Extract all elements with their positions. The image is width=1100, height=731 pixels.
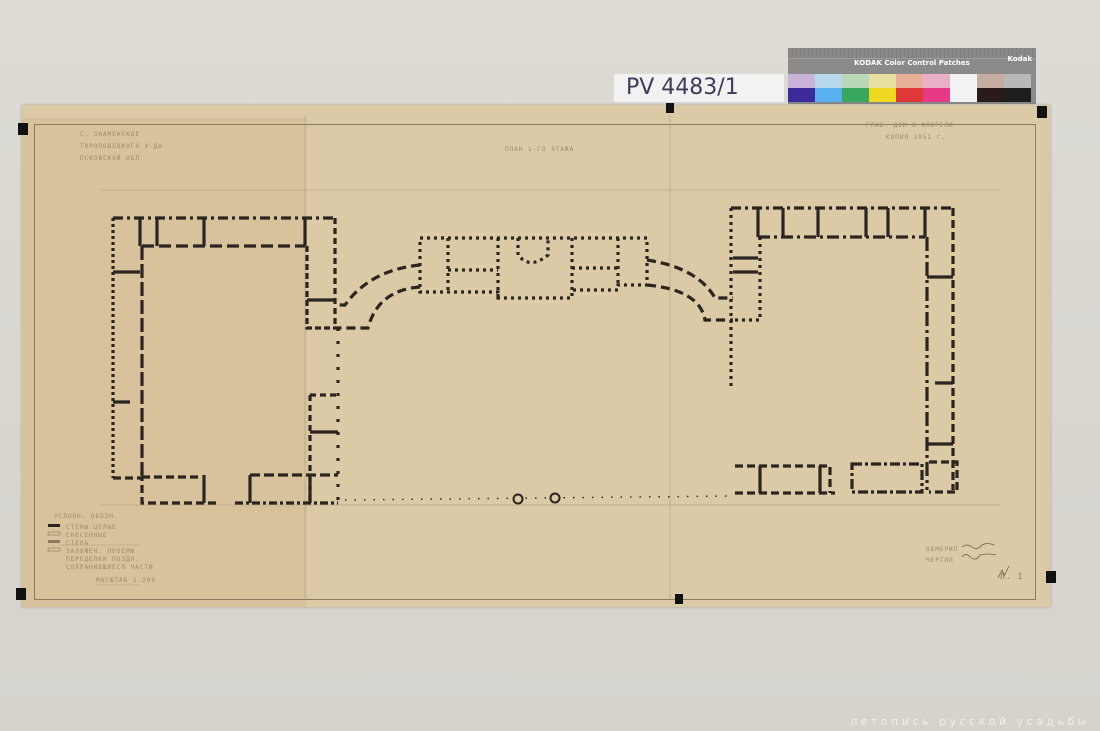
main-house (420, 238, 647, 298)
signatures (962, 544, 1009, 579)
left-gallery (338, 265, 420, 328)
right-wing (731, 208, 957, 493)
gate-post-right (551, 494, 560, 503)
legend-swatches (48, 524, 60, 551)
floor-plan (0, 0, 1100, 731)
binder-clip-top-left (18, 123, 28, 135)
grid-lines (60, 115, 1000, 600)
gate-post-left (514, 495, 523, 504)
binder-clip-top-center (666, 103, 674, 113)
fence-line (345, 494, 730, 504)
watermark: летопись русской усадьбы (850, 715, 1090, 728)
binder-clip-top-right (1037, 106, 1047, 118)
binder-clip-bottom-center (675, 594, 683, 604)
right-gallery (647, 260, 733, 320)
binder-clip-bottom-left (16, 588, 26, 600)
binder-clip-bottom-right (1046, 571, 1056, 583)
left-wing (113, 218, 338, 503)
